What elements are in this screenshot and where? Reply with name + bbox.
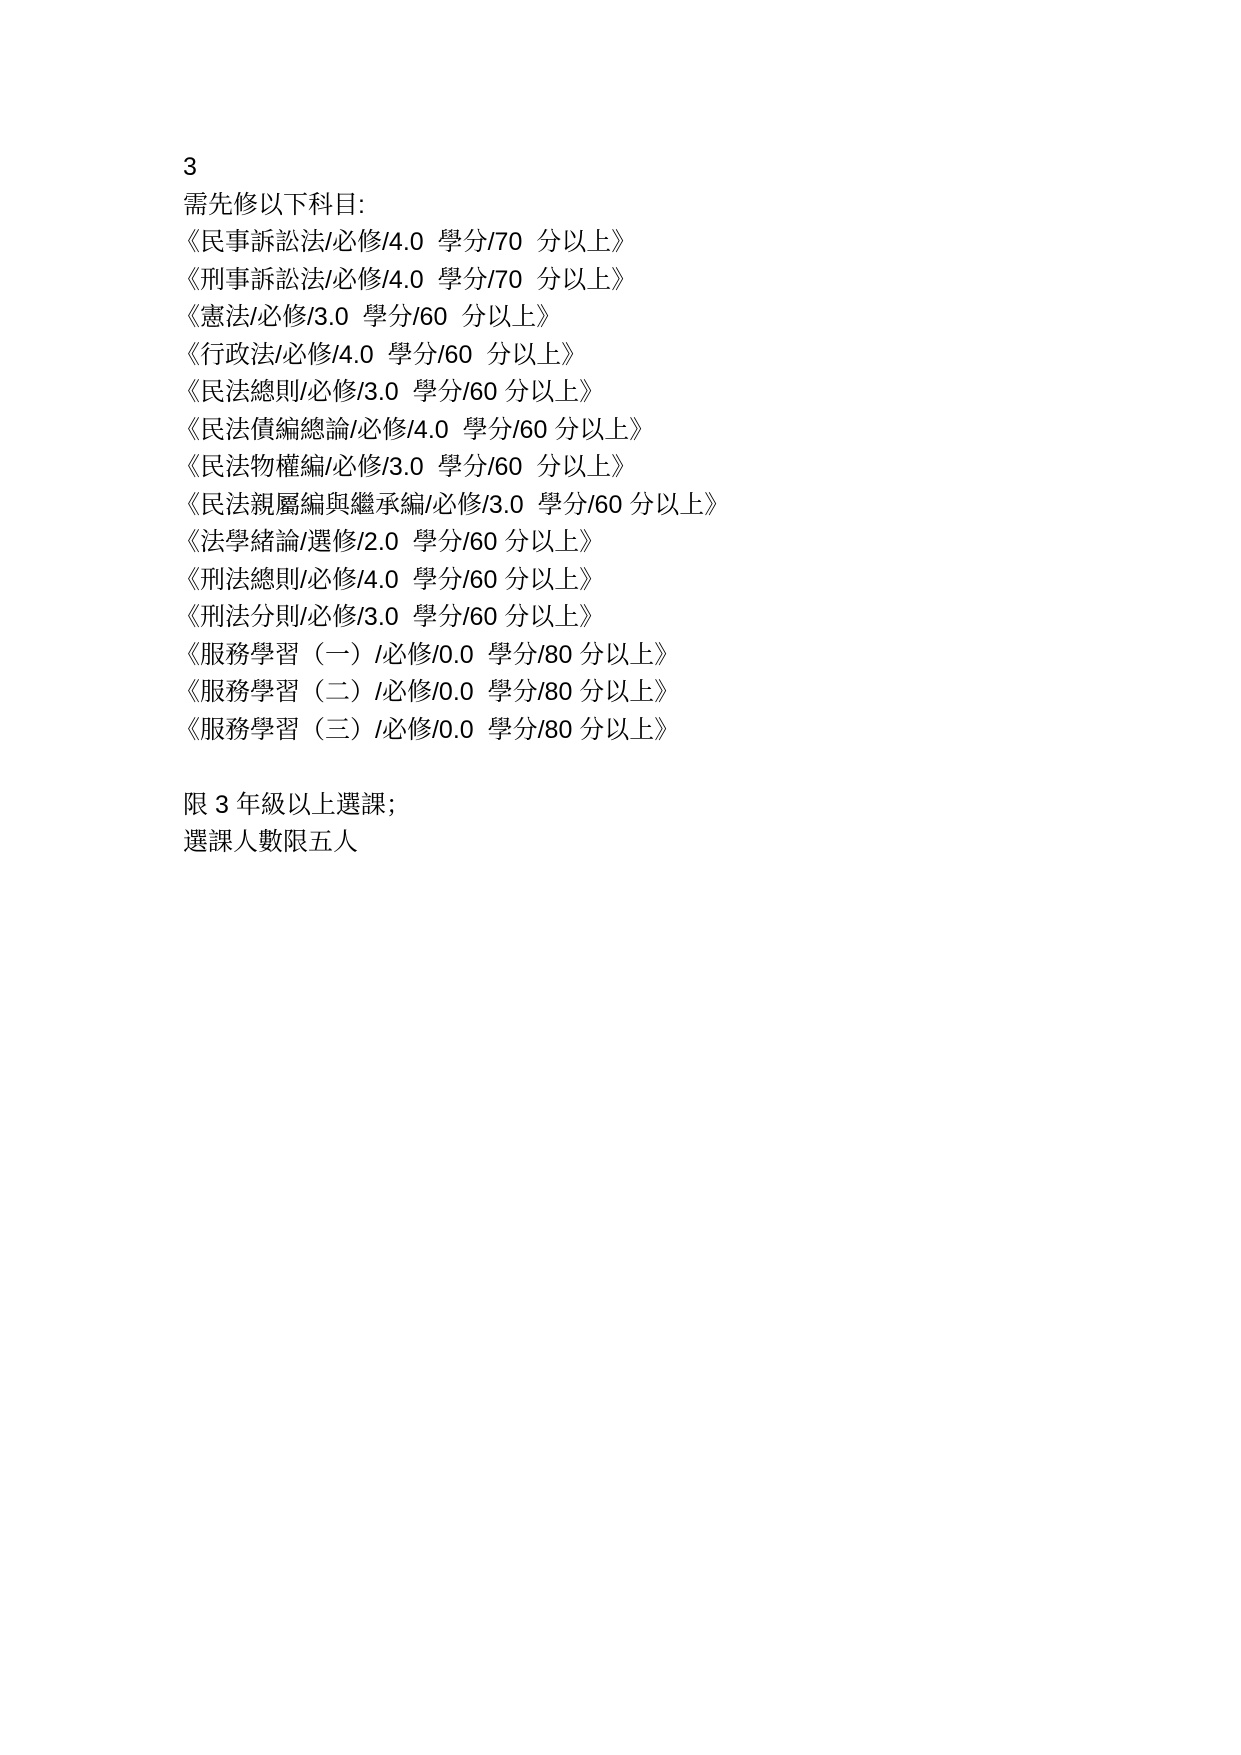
cjk-run: 選課人數限五人: [183, 829, 358, 856]
latin-run: /: [350, 416, 357, 444]
latin-run: /: [375, 641, 382, 669]
cjk-run: 學分: [363, 304, 413, 331]
latin-run: /60: [463, 378, 505, 406]
cjk-run: 學分: [488, 642, 538, 669]
prerequisite-line: 《服務學習（二）/必修/0.0 學分/80 分以上》: [183, 674, 1181, 712]
cjk-run: 選修: [307, 529, 357, 556]
cjk-run: 分以上》: [579, 642, 679, 669]
cjk-run: 分以上》: [629, 492, 729, 519]
latin-run: /3.0: [482, 491, 538, 519]
prerequisite-line: 《民法總則/必修/3.0 學分/60 分以上》: [183, 374, 1181, 412]
cjk-run: 《服務學習（一）: [175, 642, 375, 669]
cjk-run: 分以上》: [579, 717, 679, 744]
latin-run: /4.0: [357, 566, 413, 594]
prerequisite-line: 《服務學習（三）/必修/0.0 學分/80 分以上》: [183, 712, 1181, 750]
latin-run: /: [425, 491, 432, 519]
cjk-run: 分以上》: [504, 567, 604, 594]
section-heading: 需先修以下科目:: [183, 187, 1181, 225]
latin-run: /60: [463, 528, 505, 556]
cjk-run: 學分: [463, 417, 513, 444]
cjk-run: 學分: [413, 567, 463, 594]
latin-run: /: [325, 228, 332, 256]
latin-run: /2.0: [357, 528, 413, 556]
latin-run: /: [300, 528, 307, 556]
latin-run: /60: [438, 341, 487, 369]
cjk-run: 分以上》: [579, 679, 679, 706]
latin-run: /60: [413, 303, 462, 331]
cjk-run: 必修: [307, 604, 357, 631]
cjk-run: 分以上》: [504, 604, 604, 631]
cjk-run: 必修: [282, 342, 332, 369]
prerequisite-line: 《刑事訴訟法/必修/4.0 學分/70 分以上》: [183, 262, 1181, 300]
cjk-run: 《民法債編總論: [175, 417, 350, 444]
cjk-run: 《刑法總則: [175, 567, 300, 594]
note-line: 選課人數限五人: [183, 824, 1181, 862]
latin-run: :: [358, 191, 365, 219]
cjk-run: 學分: [538, 492, 588, 519]
cjk-run: 必修: [382, 642, 432, 669]
latin-run: 3: [208, 791, 236, 819]
cjk-run: 學分: [413, 604, 463, 631]
cjk-run: 《民法物權編: [175, 454, 325, 481]
cjk-run: 《服務學習（三）: [175, 717, 375, 744]
latin-run: 3: [183, 153, 197, 181]
cjk-run: 必修: [432, 492, 482, 519]
cjk-run: 學分: [388, 342, 438, 369]
cjk-run: 年級以上選課；: [236, 792, 411, 819]
latin-run: /70: [488, 266, 537, 294]
cjk-run: 限: [183, 792, 208, 819]
latin-run: /4.0: [382, 266, 438, 294]
document-page: 3 需先修以下科目: 《民事訴訟法/必修/4.0 學分/70 分以上》《刑事訴訟…: [0, 0, 1241, 1755]
cjk-run: 必修: [382, 679, 432, 706]
cjk-run: 必修: [332, 267, 382, 294]
latin-run: /3.0: [307, 303, 363, 331]
latin-run: /0.0: [432, 716, 488, 744]
notes-block: 限 3 年級以上選課；選課人數限五人: [183, 787, 1181, 862]
latin-run: /80: [538, 716, 580, 744]
cjk-run: 學分: [438, 454, 488, 481]
latin-run: /: [300, 603, 307, 631]
latin-run: /: [300, 378, 307, 406]
cjk-run: 分以上》: [461, 304, 561, 331]
cjk-run: 學分: [438, 267, 488, 294]
cjk-run: 必修: [382, 717, 432, 744]
cjk-run: 必修: [357, 417, 407, 444]
latin-run: /80: [538, 641, 580, 669]
latin-run: /0.0: [432, 641, 488, 669]
latin-run: /60: [488, 453, 537, 481]
latin-run: /: [325, 266, 332, 294]
cjk-run: 學分: [413, 379, 463, 406]
cjk-run: 《憲法: [175, 304, 250, 331]
note-line: 限 3 年級以上選課；: [183, 787, 1181, 825]
cjk-run: 《民法總則: [175, 379, 300, 406]
latin-run: /80: [538, 678, 580, 706]
latin-run: /: [375, 678, 382, 706]
prerequisite-line: 《民法債編總論/必修/4.0 學分/60 分以上》: [183, 412, 1181, 450]
latin-run: /: [250, 303, 257, 331]
prerequisite-line: 《憲法/必修/3.0 學分/60 分以上》: [183, 299, 1181, 337]
latin-run: /4.0: [407, 416, 463, 444]
latin-run: /70: [488, 228, 537, 256]
cjk-run: 學分: [488, 717, 538, 744]
prerequisite-line: 《刑法總則/必修/4.0 學分/60 分以上》: [183, 562, 1181, 600]
cjk-run: 分以上》: [536, 454, 636, 481]
latin-run: /60: [588, 491, 630, 519]
latin-run: /: [375, 716, 382, 744]
prerequisite-line: 《法學緒論/選修/2.0 學分/60 分以上》: [183, 524, 1181, 562]
latin-run: /3.0: [382, 453, 438, 481]
cjk-run: 《行政法: [175, 342, 275, 369]
cjk-run: 必修: [257, 304, 307, 331]
prerequisite-line: 《民事訴訟法/必修/4.0 學分/70 分以上》: [183, 224, 1181, 262]
cjk-run: 必修: [307, 567, 357, 594]
latin-run: /4.0: [382, 228, 438, 256]
cjk-run: 分以上》: [504, 529, 604, 556]
latin-run: /60: [463, 603, 505, 631]
latin-run: /0.0: [432, 678, 488, 706]
latin-run: /: [325, 453, 332, 481]
cjk-run: 必修: [332, 454, 382, 481]
prerequisite-line: 《行政法/必修/4.0 學分/60 分以上》: [183, 337, 1181, 375]
latin-run: /60: [463, 566, 505, 594]
cjk-run: 分以上》: [504, 379, 604, 406]
cjk-run: 《刑事訴訟法: [175, 267, 325, 294]
latin-run: /4.0: [332, 341, 388, 369]
cjk-run: 學分: [488, 679, 538, 706]
cjk-run: 《民事訴訟法: [175, 229, 325, 256]
latin-run: /: [300, 566, 307, 594]
latin-run: /3.0: [357, 603, 413, 631]
cjk-run: 《刑法分則: [175, 604, 300, 631]
prerequisite-list: 《民事訴訟法/必修/4.0 學分/70 分以上》《刑事訴訟法/必修/4.0 學分…: [183, 224, 1181, 749]
latin-run: /: [275, 341, 282, 369]
cjk-run: 《服務學習（二）: [175, 679, 375, 706]
cjk-run: 需先修以下科目: [183, 192, 358, 219]
cjk-run: 分以上》: [536, 229, 636, 256]
prerequisite-line: 《服務學習（一）/必修/0.0 學分/80 分以上》: [183, 637, 1181, 675]
cjk-run: 必修: [307, 379, 357, 406]
cjk-run: 學分: [438, 229, 488, 256]
cjk-run: 必修: [332, 229, 382, 256]
item-number: 3: [183, 149, 1181, 187]
latin-run: /3.0: [357, 378, 413, 406]
prerequisite-line: 《民法親屬編與繼承編/必修/3.0 學分/60 分以上》: [183, 487, 1181, 525]
prerequisite-line: 《民法物權編/必修/3.0 學分/60 分以上》: [183, 449, 1181, 487]
cjk-run: 《法學緒論: [175, 529, 300, 556]
cjk-run: 分以上》: [536, 267, 636, 294]
cjk-run: 分以上》: [486, 342, 586, 369]
latin-run: /60: [513, 416, 555, 444]
prerequisite-line: 《刑法分則/必修/3.0 學分/60 分以上》: [183, 599, 1181, 637]
cjk-run: 《民法親屬編與繼承編: [175, 492, 425, 519]
cjk-run: 分以上》: [554, 417, 654, 444]
cjk-run: 學分: [413, 529, 463, 556]
